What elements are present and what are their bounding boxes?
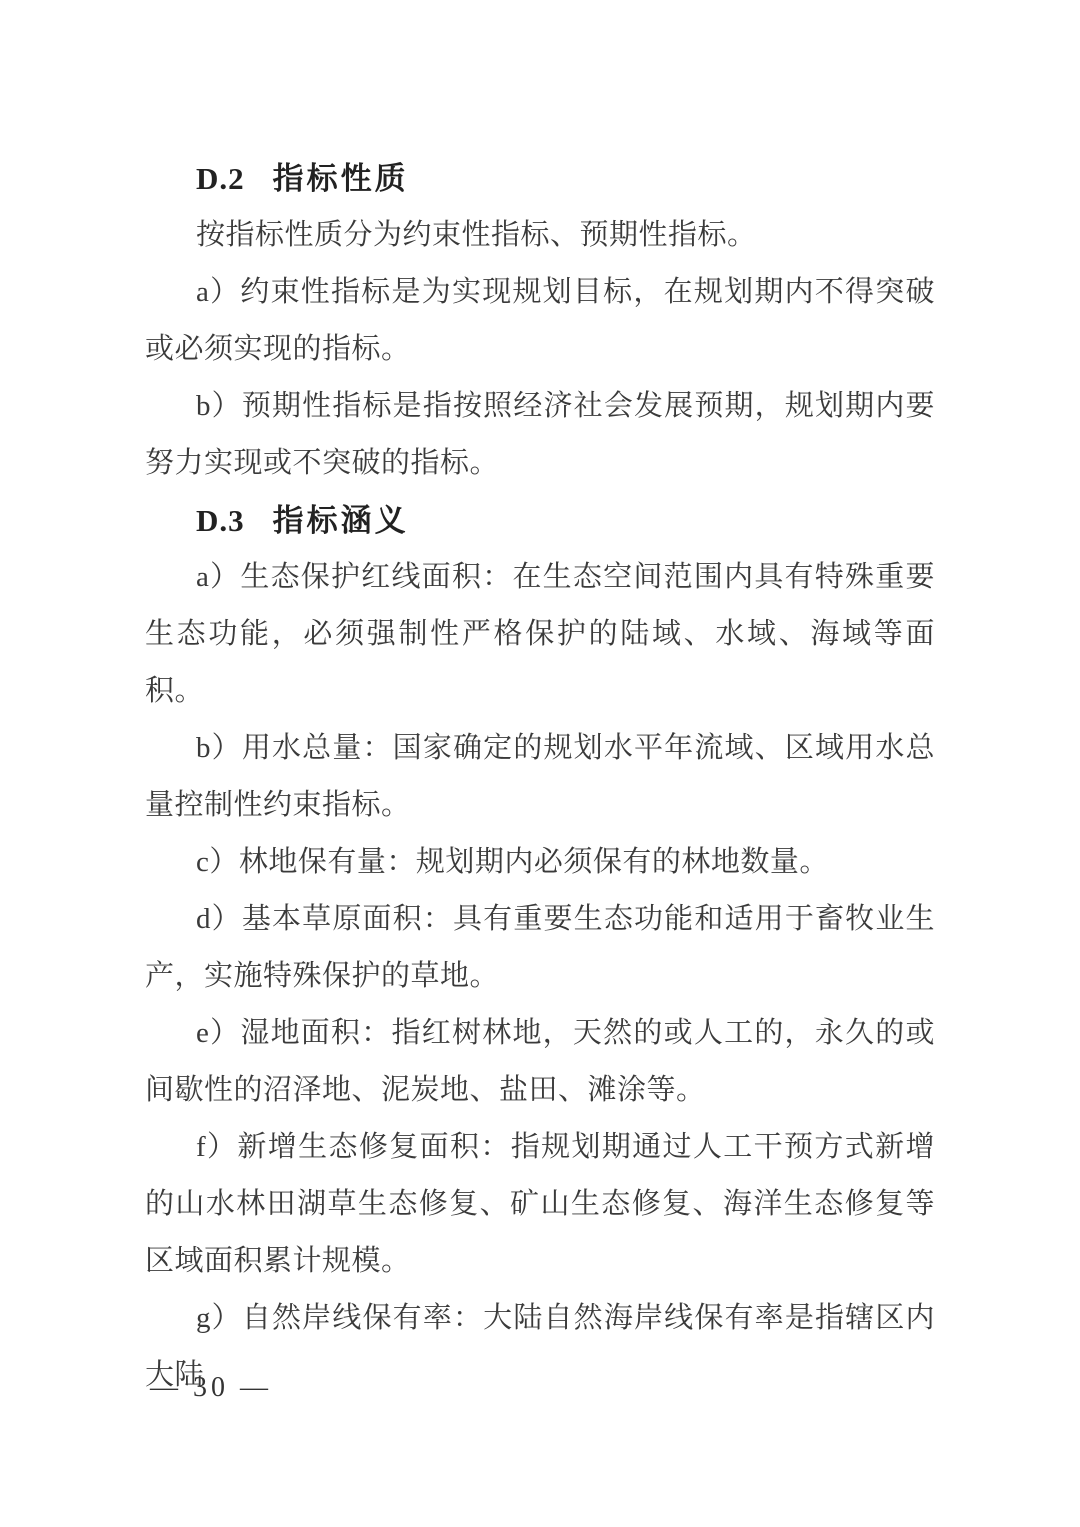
- paragraph-d2-intro: 按指标性质分为约束性指标、预期性指标。: [145, 207, 935, 264]
- section-title: 指标性质: [273, 161, 409, 196]
- paragraph-d2-item-b: b）预期性指标是指按照经济社会发展预期，规划期内要努力实现或不突破的指标。: [145, 378, 935, 492]
- paragraph-d3-item-c: c）林地保有量：规划期内必须保有的林地数量。: [145, 834, 935, 891]
- paragraph-d3-item-b: b）用水总量：国家确定的规划水平年流域、区域用水总量控制性约束指标。: [145, 720, 935, 834]
- paragraph-d3-item-f: f）新增生态修复面积：指规划期通过人工干预方式新增的山水林田湖草生态修复、矿山生…: [145, 1119, 935, 1290]
- paragraph-d3-item-e: e）湿地面积：指红树林地，天然的或人工的，永久的或间歇性的沼泽地、泥炭地、盐田、…: [145, 1005, 935, 1119]
- section-number: D.2: [196, 161, 245, 196]
- paragraph-d3-item-d: d）基本草原面积：具有重要生态功能和适用于畜牧业生产，实施特殊保护的草地。: [145, 891, 935, 1005]
- paragraph-d2-item-a: a）约束性指标是为实现规划目标，在规划期内不得突破或必须实现的指标。: [145, 264, 935, 378]
- page-content: D.2指标性质 按指标性质分为约束性指标、预期性指标。 a）约束性指标是为实现规…: [145, 150, 935, 1404]
- section-title: 指标涵义: [273, 503, 409, 538]
- document-page: D.2指标性质 按指标性质分为约束性指标、预期性指标。 a）约束性指标是为实现规…: [0, 0, 1080, 1527]
- section-number: D.3: [196, 503, 245, 538]
- page-number-footer: — 30 —: [150, 1368, 272, 1408]
- section-heading-d3: D.3指标涵义: [145, 492, 935, 549]
- paragraph-d3-item-a: a）生态保护红线面积：在生态空间范围内具有特殊重要生态功能，必须强制性严格保护的…: [145, 549, 935, 720]
- section-heading-d2: D.2指标性质: [145, 150, 935, 207]
